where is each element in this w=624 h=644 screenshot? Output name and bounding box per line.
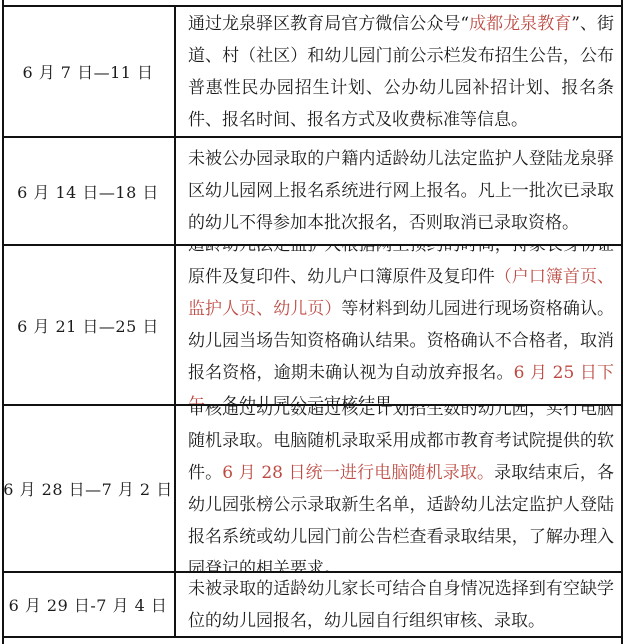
description-text: 未被录取的适龄幼儿家长可结合自身情况选择到有空缺学位的幼儿园报名，幼儿园自行组织… bbox=[188, 573, 614, 636]
text-segment: 各幼儿园公示审核结果。 bbox=[222, 395, 409, 404]
date-range-cell: 6 月 28 日—7 月 2 日 bbox=[2, 406, 176, 571]
enrollment-schedule-document: 6 月 7 日—11 日 通过龙泉驿区教育局官方微信公众号“成都龙泉教育”、街道… bbox=[0, 0, 624, 644]
date-range-cell: 6 月 14 日—18 日 bbox=[2, 138, 176, 244]
description-cell: 通过龙泉驿区教育局官方微信公众号“成都龙泉教育”、街道、村（社区）和幼儿园门前公… bbox=[176, 7, 623, 136]
date-range-cell: 6 月 7 日—11 日 bbox=[2, 7, 176, 136]
text-segment: 通过龙泉驿区教育局官方微信公众号“ bbox=[188, 14, 469, 34]
date-range-cell: 6 月 29 日-7 月 4 日 bbox=[2, 573, 176, 636]
description-text: 通过龙泉驿区教育局官方微信公众号“成都龙泉教育”、街道、村（社区）和幼儿园门前公… bbox=[188, 8, 614, 136]
schedule-row: 6 月 29 日-7 月 4 日 未被录取的适龄幼儿家长可结合自身情况选择到有空… bbox=[2, 573, 623, 638]
description-cell: 审核通过幼儿数超过核定计划招生数的幼儿园，实行电脑随机录取。电脑随机录取采用成都… bbox=[176, 406, 623, 571]
description-cell: 适龄幼儿法定监护人根据网上预约的时间，持家长身份证原件及复印件、幼儿户口簿原件及… bbox=[176, 246, 623, 404]
text-segment: 未被录取的适龄幼儿家长可结合自身情况选择到有空缺学位的幼儿园报名，幼儿园自行组织… bbox=[188, 579, 614, 631]
schedule-row: 6 月 21 日—25 日 适龄幼儿法定监护人根据网上预约的时间，持家长身份证原… bbox=[2, 246, 623, 406]
schedule-row: 6 月 28 日—7 月 2 日 审核通过幼儿数超过核定计划招生数的幼儿园，实行… bbox=[2, 406, 623, 573]
highlighted-text-segment: 成都龙泉教育 bbox=[469, 14, 571, 34]
description-text: 未被公办园录取的户籍内适龄幼儿法定监护人登陆龙泉驿区幼儿园网上报名系统进行网上报… bbox=[188, 143, 614, 239]
date-range-cell: 6 月 21 日—25 日 bbox=[2, 246, 176, 404]
description-text: 审核通过幼儿数超过核定计划招生数的幼儿园，实行电脑随机录取。电脑随机录取采用成都… bbox=[188, 406, 614, 571]
description-cell: 未被公办园录取的户籍内适龄幼儿法定监护人登陆龙泉驿区幼儿园网上报名系统进行网上报… bbox=[176, 138, 623, 244]
description-cell: 未被录取的适龄幼儿家长可结合自身情况选择到有空缺学位的幼儿园报名，幼儿园自行组织… bbox=[176, 573, 623, 636]
schedule-row: 6 月 14 日—18 日 未被公办园录取的户籍内适龄幼儿法定监护人登陆龙泉驿区… bbox=[2, 138, 623, 246]
text-segment: 未被公办园录取的户籍内适龄幼儿法定监护人登陆龙泉驿区幼儿园网上报名系统进行网上报… bbox=[188, 149, 614, 233]
enrollment-schedule-table: 6 月 7 日—11 日 通过龙泉驿区教育局官方微信公众号“成都龙泉教育”、街道… bbox=[2, 5, 623, 638]
highlighted-text-segment: 6 月 28 日统一进行电脑随机录取。 bbox=[222, 463, 494, 483]
schedule-row: 6 月 7 日—11 日 通过龙泉驿区教育局官方微信公众号“成都龙泉教育”、街道… bbox=[2, 7, 623, 138]
description-text: 适龄幼儿法定监护人根据网上预约的时间，持家长身份证原件及复印件、幼儿户口簿原件及… bbox=[188, 246, 614, 404]
